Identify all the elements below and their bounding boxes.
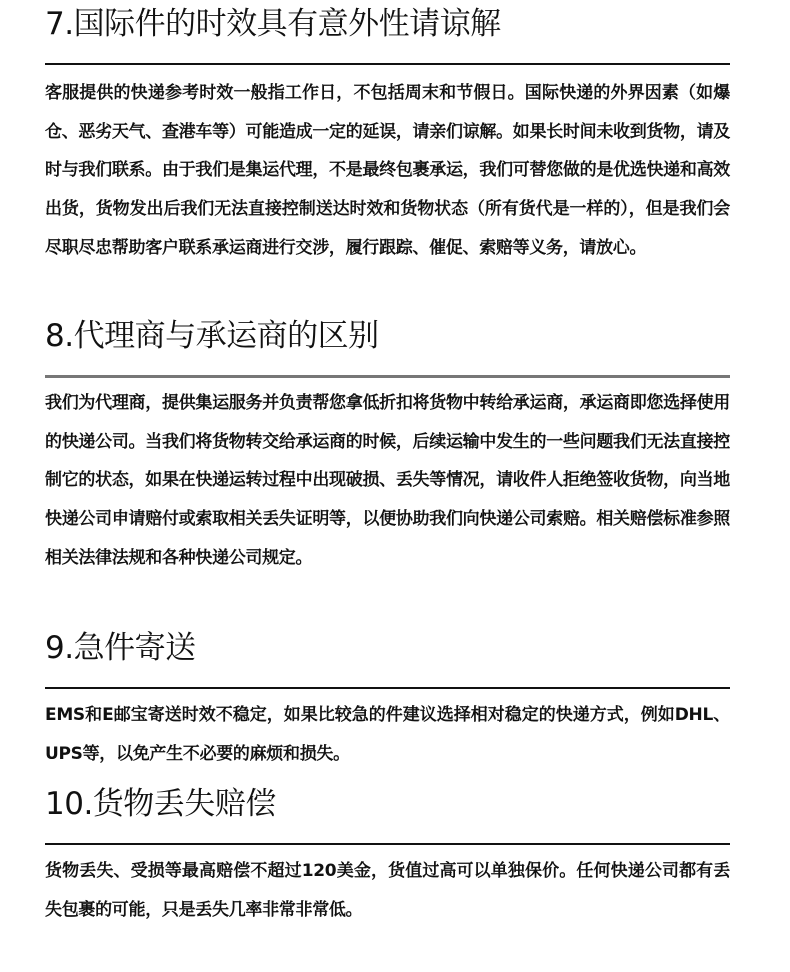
section-9-paragraph: EMS和E邮宝寄送时效不稳定，如果比较急的件建议选择相对稳定的快递方式，例如DH… — [45, 696, 730, 773]
section-8-divider — [45, 375, 730, 378]
section-10-paragraph: 货物丢失、受损等最高赔偿不超过120美金，货值过高可以单独保价。任何快递公司都有… — [45, 852, 730, 929]
section-8: 8.代理商与承运商的区别 我们为代理商，提供集运服务并负责帮您拿低折扣将货物中转… — [45, 316, 730, 616]
section-8-title: 8.代理商与承运商的区别 — [45, 316, 730, 356]
section-9-divider — [45, 687, 730, 689]
section-9: 9.急件寄送 EMS和E邮宝寄送时效不稳定，如果比较急的件建议选择相对稳定的快递… — [45, 628, 730, 778]
section-7-divider — [45, 63, 730, 65]
section-7-title: 7.国际件的时效具有意外性请谅解 — [45, 4, 730, 44]
section-7: 7.国际件的时效具有意外性请谅解 客服提供的快递参考时效一般指工作日，不包括周末… — [45, 4, 730, 304]
section-9-title: 9.急件寄送 — [45, 628, 730, 668]
section-10-title: 10.货物丢失赔偿 — [45, 784, 730, 824]
section-7-paragraph: 客服提供的快递参考时效一般指工作日，不包括周末和节假日。国际快递的外界因素（如爆… — [45, 74, 730, 268]
section-10: 10.货物丢失赔偿 货物丢失、受损等最高赔偿不超过120美金，货值过高可以单独保… — [45, 784, 730, 964]
section-8-paragraph: 我们为代理商，提供集运服务并负责帮您拿低折扣将货物中转给承运商，承运商即您选择使… — [45, 384, 730, 578]
section-10-divider — [45, 843, 730, 845]
